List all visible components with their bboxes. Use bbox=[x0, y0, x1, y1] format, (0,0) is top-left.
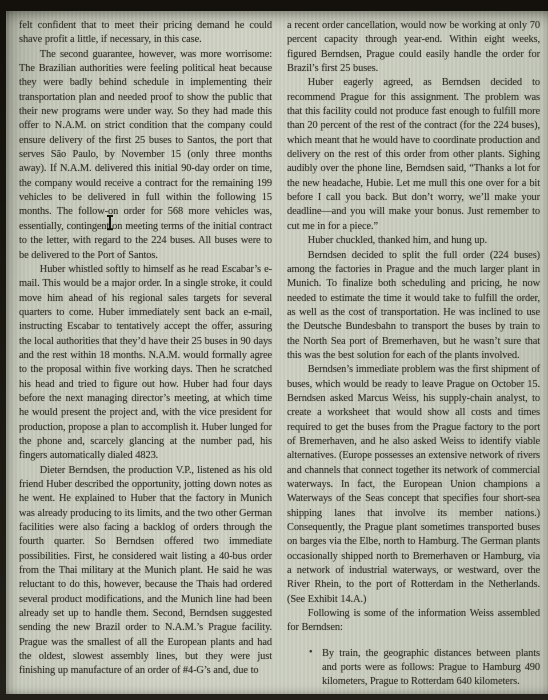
bullet-text: By train, the geographic distances betwe… bbox=[322, 648, 540, 688]
paragraph: a recent order cancellation, would now b… bbox=[287, 19, 540, 76]
left-column: felt confident that to meet their pricin… bbox=[19, 19, 272, 690]
paragraph: Huber whistled softly to himself as he r… bbox=[19, 263, 272, 464]
paragraph: felt confident that to meet their pricin… bbox=[19, 19, 272, 48]
paragraph: Huber eagerly agreed, as Berndsen decide… bbox=[287, 76, 540, 234]
right-column: a recent order cancellation, would now b… bbox=[287, 19, 540, 690]
bullet-list: • By train, the geographic distances bet… bbox=[287, 647, 540, 690]
photo-backdrop: { "document": { "columns": { "left": [ "… bbox=[0, 0, 548, 700]
paragraph: Following is some of the information Wei… bbox=[287, 607, 540, 636]
paragraph: Dieter Berndsen, the production V.P., li… bbox=[19, 464, 272, 679]
paragraph: The second guarantee, however, was more … bbox=[19, 48, 272, 263]
text-cursor-icon bbox=[106, 215, 114, 230]
book-page: felt confident that to meet their pricin… bbox=[6, 11, 548, 694]
paragraph: Huber chuckled, thanked him, and hung up… bbox=[287, 234, 540, 248]
paragraph: Berndsen’s immediate problem was the fir… bbox=[287, 363, 540, 607]
page-content: felt confident that to meet their pricin… bbox=[19, 19, 540, 690]
bullet-icon: • bbox=[309, 646, 312, 660]
list-item: • By train, the geographic distances bet… bbox=[309, 647, 540, 690]
paragraph: Berndsen decided to split the full order… bbox=[287, 249, 540, 364]
